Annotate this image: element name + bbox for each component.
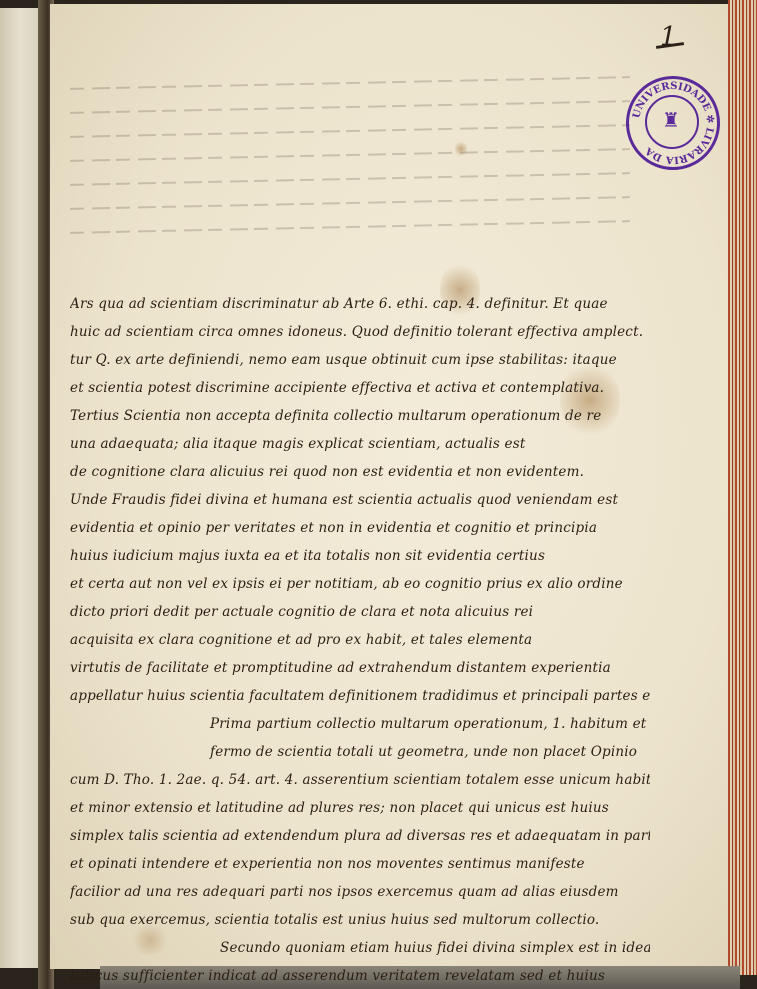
text-line: virtutis de facilitate et promptitudine … — [70, 654, 650, 682]
text-line: evidentia et opinio per veritates et non… — [70, 514, 650, 542]
text-line: Secundo quoniam etiam huius fidei divina… — [70, 934, 650, 962]
paragraph-5: tuticus sufficienter indicat ad asserend… — [70, 962, 650, 989]
text-line: Ars qua ad scientiam discriminatur ab Ar… — [70, 290, 650, 318]
text-line: fermo de scientia totali ut geometra, un… — [70, 738, 650, 766]
text-line: de cognitione clara alicuius rei quod no… — [70, 458, 650, 486]
text-line: huic ad scientiam circa omnes idoneus. Q… — [70, 318, 650, 346]
manuscript-body: Ars qua ad scientiam discriminatur ab Ar… — [70, 290, 650, 989]
text-line: et certa aut non vel ex ipsis ei per not… — [70, 570, 650, 598]
text-line: dicto priori dedit per actuale cognitio … — [70, 598, 650, 626]
manuscript-scan: 1 UNIVERSIDADE ✲ LIVRARIA DA ♜ Ars qua a… — [0, 0, 757, 989]
paragraph-3: cum D. Tho. 1. 2ae. q. 54. art. 4. asser… — [70, 766, 650, 934]
text-line: una adaequata; alia itaque magis explica… — [70, 430, 650, 458]
paragraph-1: Ars qua ad scientiam discriminatur ab Ar… — [70, 290, 650, 710]
text-line: cum D. Tho. 1. 2ae. q. 54. art. 4. asser… — [70, 766, 650, 794]
text-line: huius iudicium majus iuxta ea et ita tot… — [70, 542, 650, 570]
ink-spot — [455, 140, 467, 158]
text-line: et scientia potest discrimine accipiente… — [70, 374, 650, 402]
text-line: facilior ad una res adequari parti nos i… — [70, 878, 650, 906]
text-line: et opinati intendere et experientia non … — [70, 850, 650, 878]
text-line: Prima partium collectio multarum operati… — [70, 710, 650, 738]
paragraph-4: Secundo quoniam etiam huius fidei divina… — [70, 934, 650, 962]
text-line: simplex talis scientia ad extendendum pl… — [70, 822, 650, 850]
text-line: Unde Fraudis fidei divina et humana est … — [70, 486, 650, 514]
text-line: sub qua exercemus, scientia totalis est … — [70, 906, 650, 934]
bleed-through-text — [70, 60, 630, 260]
text-line: appellatur huius scientia facultatem def… — [70, 682, 650, 710]
text-line: acquisita ex clara cognitione et ad pro … — [70, 626, 650, 654]
owl-on-books-icon: ♜ — [659, 105, 683, 135]
library-stamp: UNIVERSIDADE ✲ LIVRARIA DA ♜ — [626, 76, 720, 170]
text-line: tur Q. ex arte definiendi, nemo eam usqu… — [70, 346, 650, 374]
text-line: Tertius Scientia non accepta definita co… — [70, 402, 650, 430]
text-line: et minor extensio et latitudine ad plure… — [70, 794, 650, 822]
paragraph-2: Prima partium collectio multarum operati… — [70, 710, 650, 766]
text-line: tuticus sufficienter indicat ad asserend… — [70, 962, 650, 989]
fore-edge-pages — [728, 0, 757, 975]
